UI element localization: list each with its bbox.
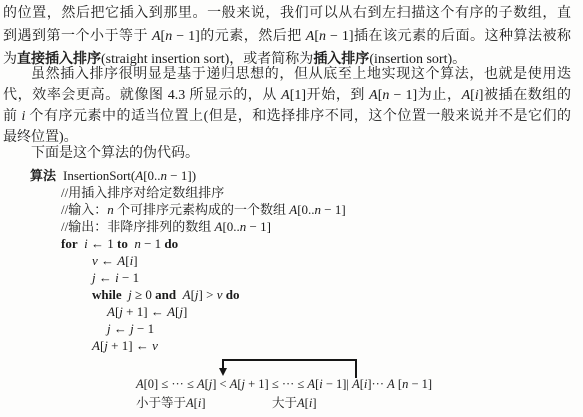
insertion-arrow-horizontal [222,359,357,361]
text-run: − 1] [246,219,271,234]
caption-greater-than: 大于A[i] [272,393,316,411]
pseudocode-for-line: for i ← 1 to n − 1 do [0,235,583,252]
text-run: A [197,377,205,391]
text-run: A [183,287,191,302]
text-run: //输出：非降序排列的数组 [61,219,214,234]
text-run: ← 1 [88,236,117,251]
text-run: v [152,338,158,353]
text-run: 虽然插入排序很明显是基于递归思想的，但从底至上地实现这个算法，也就是使用迭 [31,67,571,82]
text-run: 的位置，然后把它插入到那里。一般来说，我们可以从右到左扫描这个有序的子数组，直 [3,6,571,21]
text-run: to [117,236,128,251]
text-run: for [61,236,78,251]
text-run: do [164,236,178,251]
text-run: n [319,29,326,44]
text-run: ≥ 0 [132,287,155,302]
pseudocode-header-line: 算法InsertionSort(A[0..n − 1]) [0,167,583,184]
pseudocode-while-line: while j ≥ 0 and A[j] > v do [0,286,583,303]
text-run: A [186,396,194,410]
text-line: 的位置，然后把它插入到那里。一般来说，我们可以从右到左扫描这个有序的子数组，直 [3,2,571,25]
text-run: and [155,287,176,302]
text-run: A [462,88,471,103]
text-run: do [226,287,240,302]
text-line: 下面是这个算法的伪代码。 [3,145,571,162]
pseudocode-line: A[j + 1] ← v [0,337,583,354]
text-run: A [136,377,144,391]
text-run: ] [312,396,316,410]
text-run: − 1] [321,202,346,217]
arrow-down-icon [219,368,227,376]
pseudocode-line: v ← A[i] [0,252,583,269]
caption-less-or-equal: 小于等于A[i] [136,393,205,411]
text-run: 代，效率会更高。就像图 4.3 所显示的，从 [3,88,281,103]
pseudocode-comment-line: //输入：n 个可排序元素构成的一个数组 A[0..n − 1] [0,201,583,218]
text-run: InsertionSort( [63,168,135,183]
text-run: 前 [3,109,22,124]
text-run: ]被插在数组的 [479,88,571,103]
document-page: 的位置，然后把它插入到那里。一般来说，我们可以从右到左扫描这个有序的子数组，直 … [0,0,583,417]
text-run: − 1]) [167,168,196,183]
text-run: 下面是这个算法的伪代码。 [31,146,199,161]
text-run: + 1] ≤ ··· ≤ [245,377,307,391]
text-run: A [387,377,395,391]
array-state-formula: A[0] ≤ ··· ≤ A[j] < A[j + 1] ≤ ··· ≤ A[i… [136,377,432,392]
text-run: − 1]为止， [389,88,461,103]
pseudocode-comment-line: //输出：非降序排列的数组 A[0..n − 1] [0,218,583,235]
text-run: //输入： [61,202,107,217]
text-run: ] [201,396,205,410]
paragraph-insertion-description: 的位置，然后把它插入到那里。一般来说，我们可以从右到左扫描这个有序的子数组，直 … [3,2,571,71]
text-run: [1]开始，到 [290,88,369,103]
text-run: − 1]的元素，然后把 [172,29,306,44]
paragraph-pseudocode-intro: 下面是这个算法的伪代码。 [3,145,571,162]
text-run: A [152,29,161,44]
paragraph-iterative-implementation: 虽然插入排序很明显是基于递归思想的，但从底至上地实现这个算法，也就是使用迭 代，… [3,64,571,148]
text-run: 最终位置)。 [3,130,78,145]
text-run: 算法 [30,168,56,183]
text-run: − 1 [134,321,154,336]
text-line: 代，效率会更高。就像图 4.3 所显示的，从 A[1]开始，到 A[n − 1]… [3,85,571,106]
text-run: A [281,88,290,103]
text-run: ← [96,270,116,285]
text-run: − 1 [141,236,165,251]
text-run: + 1] ← [108,338,152,353]
text-run: 小于等于 [136,396,186,410]
text-run: [0.. [143,168,160,183]
text-run: ] > [199,287,217,302]
text-run: [0.. [297,202,314,217]
text-run: A [307,377,315,391]
text-run: A [289,202,297,217]
text-line: 到遇到第一个小于等于 A[n − 1]的元素，然后把 A[n − 1]插在该元素… [3,25,571,48]
text-run: A [92,338,100,353]
text-run: ]··· [367,377,387,391]
text-run: − 1] [408,377,432,391]
text-run: A [107,304,115,319]
text-run: [0.. [222,219,239,234]
text-run: [ [395,377,402,391]
text-run: − 1]插在该元素的后面。这种算法被称 [326,29,571,44]
text-run: ← [111,321,131,336]
text-run: A [167,304,175,319]
text-run: while [92,287,122,302]
text-run: − 1]| [323,377,352,391]
text-run: A [135,168,143,183]
pseudocode-line: j ← i − 1 [0,269,583,286]
text-line: 前 i 个有序元素中的适当位置上(但是，和选择排序不同，这个位置一般来说并不是它… [3,106,571,127]
text-line: 虽然插入排序很明显是基于递归思想的，但从底至上地实现这个算法，也就是使用迭 [3,64,571,85]
pseudocode-block: 算法InsertionSort(A[0..n − 1]) //用插入排序对给定数… [0,167,583,354]
text-run: 个可排序元素构成的一个数组 [114,202,290,217]
text-run: //用插入排序对给定数组排序 [61,185,224,200]
text-run: + 1] ← [123,304,167,319]
text-run: A [297,396,305,410]
pseudocode-comment-line: //用插入排序对给定数组排序 [0,184,583,201]
text-run: − 1 [119,270,139,285]
insertion-arrow-right-stem [355,359,357,378]
text-run: A [352,377,360,391]
text-run: ] < [212,377,229,391]
text-run: ] [133,253,137,268]
pseudocode-line: j ← j − 1 [0,320,583,337]
text-run: ← [98,253,118,268]
text-run: A [369,88,378,103]
text-run: 到遇到第一个小于等于 [3,29,152,44]
text-run: 大于 [272,396,297,410]
text-run: [0] ≤ ··· ≤ [144,377,197,391]
pseudocode-line: A[j + 1] ← A[j] [0,303,583,320]
text-run: 个有序元素中的适当位置上(但是，和选择排序不同，这个位置一般来说并不是它们的 [25,109,571,124]
text-run: ] [183,304,187,319]
